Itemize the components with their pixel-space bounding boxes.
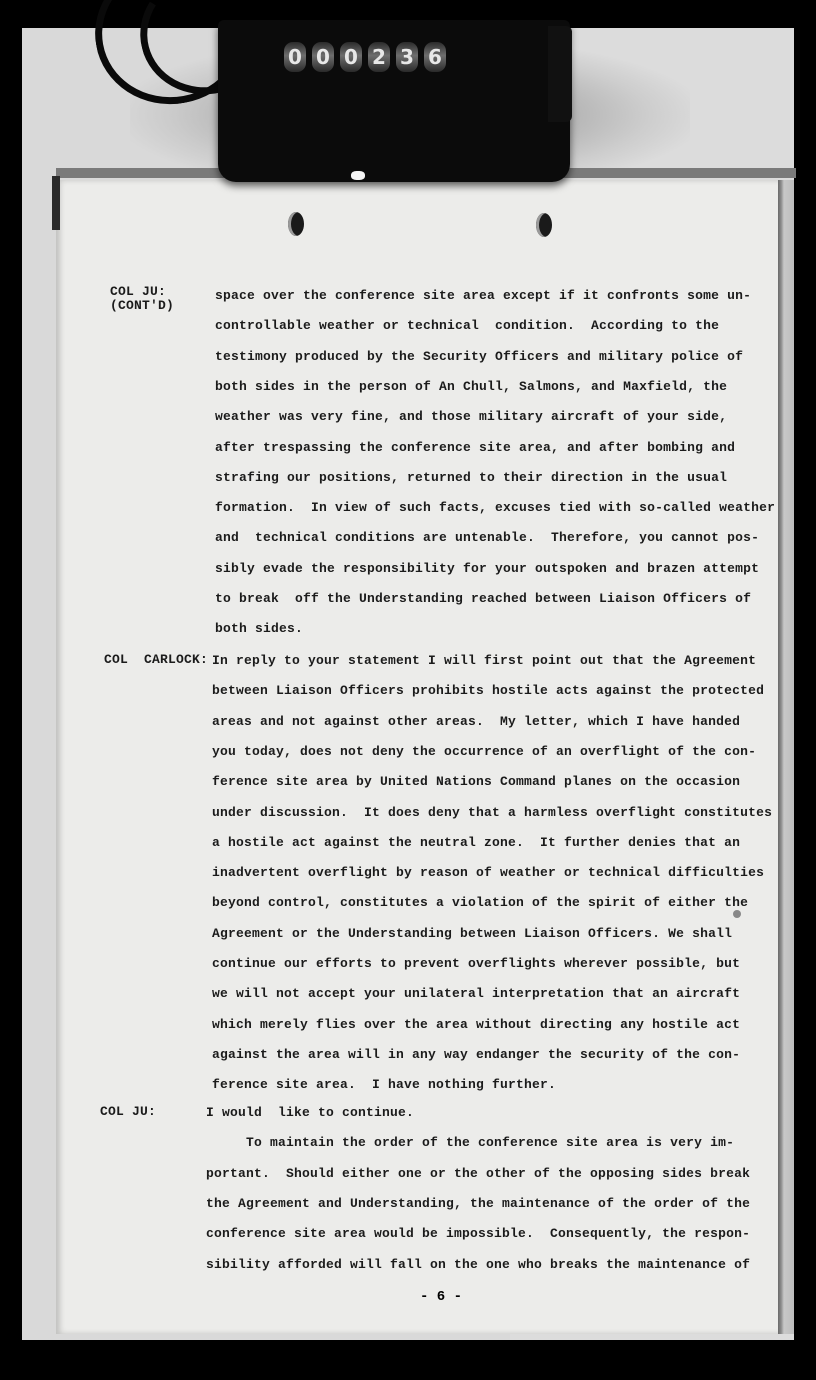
transcript-line: testimony produced by the Security Offic… <box>215 349 743 364</box>
transcript-line: controllable weather or technical condit… <box>215 318 719 333</box>
transcript-line: and technical conditions are untenable. … <box>215 530 759 545</box>
speaker-label: COL JU: <box>100 1105 156 1119</box>
transcript: COL JU: (CONT'D)space over the conferenc… <box>0 0 816 1380</box>
transcript-line: both sides in the person of An Chull, Sa… <box>215 379 727 394</box>
transcript-line: space over the conference site area exce… <box>215 288 751 303</box>
transcript-line: I would like to continue. <box>206 1105 414 1120</box>
transcript-line: to break off the Understanding reached b… <box>215 591 751 606</box>
transcript-line: areas and not against other areas. My le… <box>212 714 740 729</box>
transcript-line: inadvertent overflight by reason of weat… <box>212 865 764 880</box>
transcript-line: strafing our positions, returned to thei… <box>215 470 727 485</box>
transcript-line: sibly evade the responsibility for your … <box>215 561 759 576</box>
transcript-line: To maintain the order of the conference … <box>206 1135 734 1150</box>
speaker-label: COL CARLOCK: <box>104 653 208 667</box>
transcript-line: after trespassing the conference site ar… <box>215 440 735 455</box>
transcript-line: you today, does not deny the occurrence … <box>212 744 756 759</box>
transcript-line: we will not accept your unilateral inter… <box>212 986 740 1001</box>
transcript-line: both sides. <box>215 621 303 636</box>
transcript-line: ference site area by United Nations Comm… <box>212 774 740 789</box>
transcript-line: a hostile act against the neutral zone. … <box>212 835 740 850</box>
transcript-line: formation. In view of such facts, excuse… <box>215 500 775 515</box>
transcript-line: ference site area. I have nothing furthe… <box>212 1077 556 1092</box>
transcript-line: sibility afforded will fall on the one w… <box>206 1257 750 1272</box>
transcript-line: against the area will in any way endange… <box>212 1047 740 1062</box>
page-number: - 6 - <box>420 1289 462 1305</box>
transcript-line: portant. Should either one or the other … <box>206 1166 750 1181</box>
transcript-line: continue our efforts to prevent overflig… <box>212 956 740 971</box>
transcript-line: the Agreement and Understanding, the mai… <box>206 1196 750 1211</box>
transcript-line: which merely flies over the area without… <box>212 1017 740 1032</box>
speaker-label: COL JU: (CONT'D) <box>110 285 174 313</box>
transcript-line: In reply to your statement I will first … <box>212 653 756 668</box>
transcript-line: weather was very fine, and those militar… <box>215 409 727 424</box>
transcript-line: beyond control, constitutes a violation … <box>212 895 748 910</box>
transcript-line: between Liaison Officers prohibits hosti… <box>212 683 764 698</box>
transcript-line: conference site area would be impossible… <box>206 1226 750 1241</box>
transcript-line: under discussion. It does deny that a ha… <box>212 805 772 820</box>
transcript-line: Agreement or the Understanding between L… <box>212 926 732 941</box>
